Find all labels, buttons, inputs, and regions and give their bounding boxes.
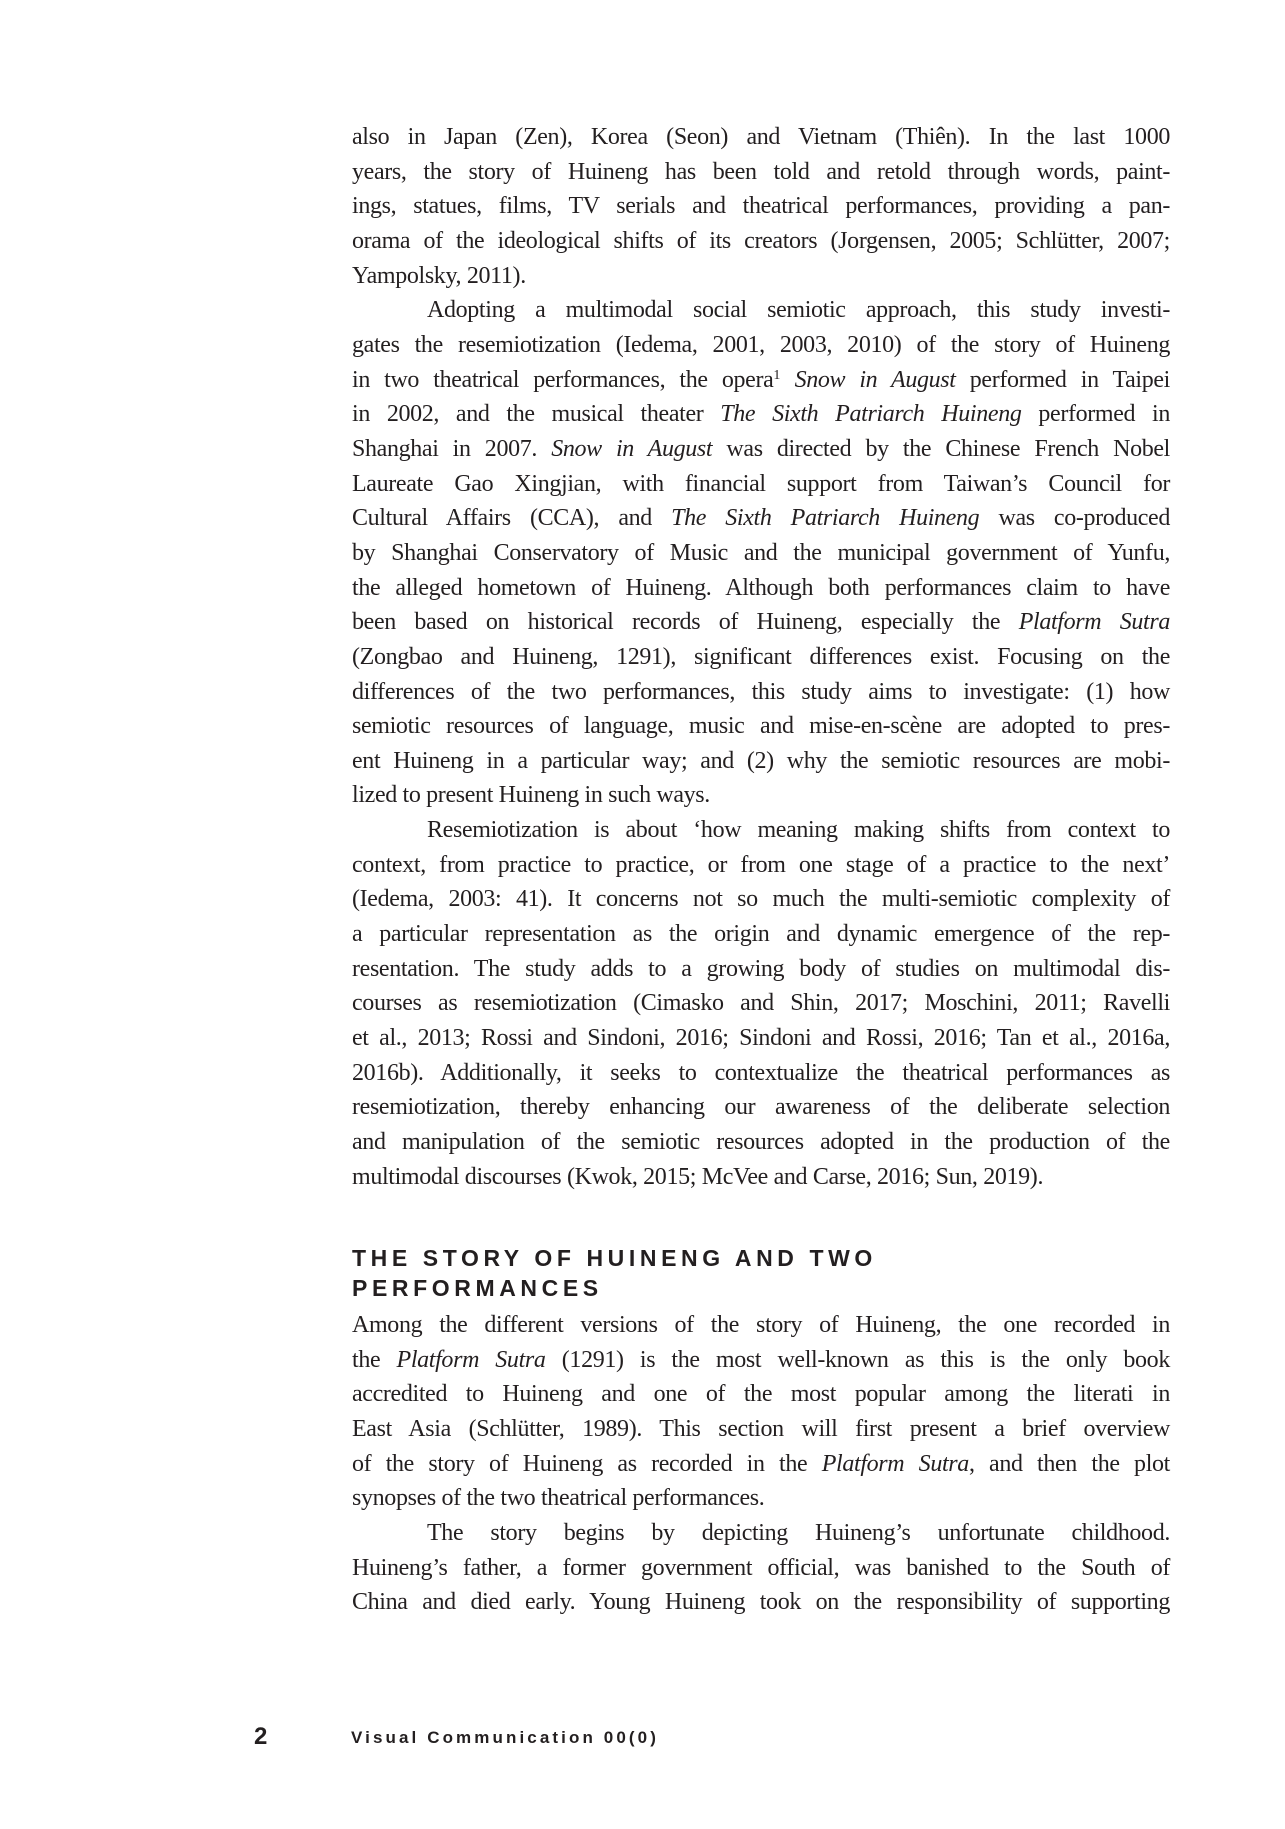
text-line: Adopting a multimodal social semiotic ap…: [352, 293, 1170, 328]
text-line: of the story of Huineng as recorded in t…: [352, 1447, 1170, 1482]
text-line: courses as resemiotization (Cimasko and …: [352, 986, 1170, 1021]
text-line: gates the resemiotization (Iedema, 2001,…: [352, 328, 1170, 363]
text-line: ings, statues, films, TV serials and the…: [352, 189, 1170, 224]
section-heading: THE STORY OF HUINENG AND TWO PERFORMANCE…: [352, 1243, 1170, 1303]
text-line: China and died early. Young Huineng took…: [352, 1585, 1170, 1620]
section-heading-line: THE STORY OF HUINENG AND TWO: [352, 1243, 1170, 1273]
text-line: been based on historical records of Huin…: [352, 605, 1170, 640]
text-line: Resemiotization is about ‘how meaning ma…: [352, 813, 1170, 848]
text-line: Among the different versions of the stor…: [352, 1308, 1170, 1343]
text-line: resemiotization, thereby enhancing our a…: [352, 1090, 1170, 1125]
document-page: also in Japan (Zen), Korea (Seon) and Vi…: [0, 0, 1285, 1829]
title-sixth-patriarch: The Sixth Patriarch Huineng: [720, 401, 1021, 427]
title-sixth-patriarch: The Sixth Patriarch Huineng: [671, 505, 979, 531]
text-line: the Platform Sutra (1291) is the most we…: [352, 1343, 1170, 1378]
page-footer: 2 Visual Communication 00(0): [0, 1722, 1285, 1752]
text-line: 2016b). Additionally, it seeks to contex…: [352, 1056, 1170, 1091]
text-line: resentation. The study adds to a growing…: [352, 952, 1170, 987]
text-line: context, from practice to practice, or f…: [352, 848, 1170, 883]
text-line: Laureate Gao Xingjian, with financial su…: [352, 467, 1170, 502]
title-snow-in-august: Snow in August: [551, 436, 712, 462]
text-line: Cultural Affairs (CCA), and The Sixth Pa…: [352, 501, 1170, 536]
text-line: years, the story of Huineng has been tol…: [352, 155, 1170, 190]
paragraph-intro-continuation: also in Japan (Zen), Korea (Seon) and Vi…: [352, 120, 1170, 1194]
text-line: a particular representation as the origi…: [352, 917, 1170, 952]
title-platform-sutra: Platform Sutra: [397, 1347, 546, 1373]
title-snow-in-august: Snow in August: [795, 367, 956, 393]
text-line: ent Huineng in a particular way; and (2)…: [352, 744, 1170, 779]
text-line: orama of the ideological shifts of its c…: [352, 224, 1170, 259]
text-line: semiotic resources of language, music an…: [352, 709, 1170, 744]
text-line: and manipulation of the semiotic resourc…: [352, 1125, 1170, 1160]
text-line: lized to present Huineng in such ways.: [352, 778, 1170, 813]
title-platform-sutra: Platform Sutra: [822, 1451, 969, 1477]
text-line: accredited to Huineng and one of the mos…: [352, 1377, 1170, 1412]
text-line: in 2002, and the musical theater The Six…: [352, 397, 1170, 432]
text-line: differences of the two performances, thi…: [352, 675, 1170, 710]
text-line: synopses of the two theatrical performan…: [352, 1481, 1170, 1516]
text-line: (Iedema, 2003: 41). It concerns not so m…: [352, 882, 1170, 917]
text-line: multimodal discourses (Kwok, 2015; McVee…: [352, 1160, 1170, 1195]
text-line: by Shanghai Conservatory of Music and th…: [352, 536, 1170, 571]
text-line: the alleged hometown of Huineng. Althoug…: [352, 571, 1170, 606]
text-line: Huineng’s father, a former government of…: [352, 1551, 1170, 1586]
page-number: 2: [254, 1722, 267, 1752]
text-line: (Zongbao and Huineng, 1291), significant…: [352, 640, 1170, 675]
section-heading-line: PERFORMANCES: [352, 1273, 1170, 1303]
text-line: in two theatrical performances, the oper…: [352, 363, 1170, 398]
paragraph-story-overview: Among the different versions of the stor…: [352, 1308, 1170, 1620]
text-line: Yampolsky, 2011).: [352, 259, 1170, 294]
title-platform-sutra: Platform Sutra: [1019, 609, 1170, 635]
journal-running-title: Visual Communication 00(0): [351, 1724, 659, 1752]
text-line: et al., 2013; Rossi and Sindoni, 2016; S…: [352, 1021, 1170, 1056]
text-line: The story begins by depicting Huineng’s …: [352, 1516, 1170, 1551]
text-line: also in Japan (Zen), Korea (Seon) and Vi…: [352, 120, 1170, 155]
text-line: East Asia (Schlütter, 1989). This sectio…: [352, 1412, 1170, 1447]
footnote-marker[interactable]: 1: [773, 368, 780, 383]
text-line: Shanghai in 2007. Snow in August was dir…: [352, 432, 1170, 467]
